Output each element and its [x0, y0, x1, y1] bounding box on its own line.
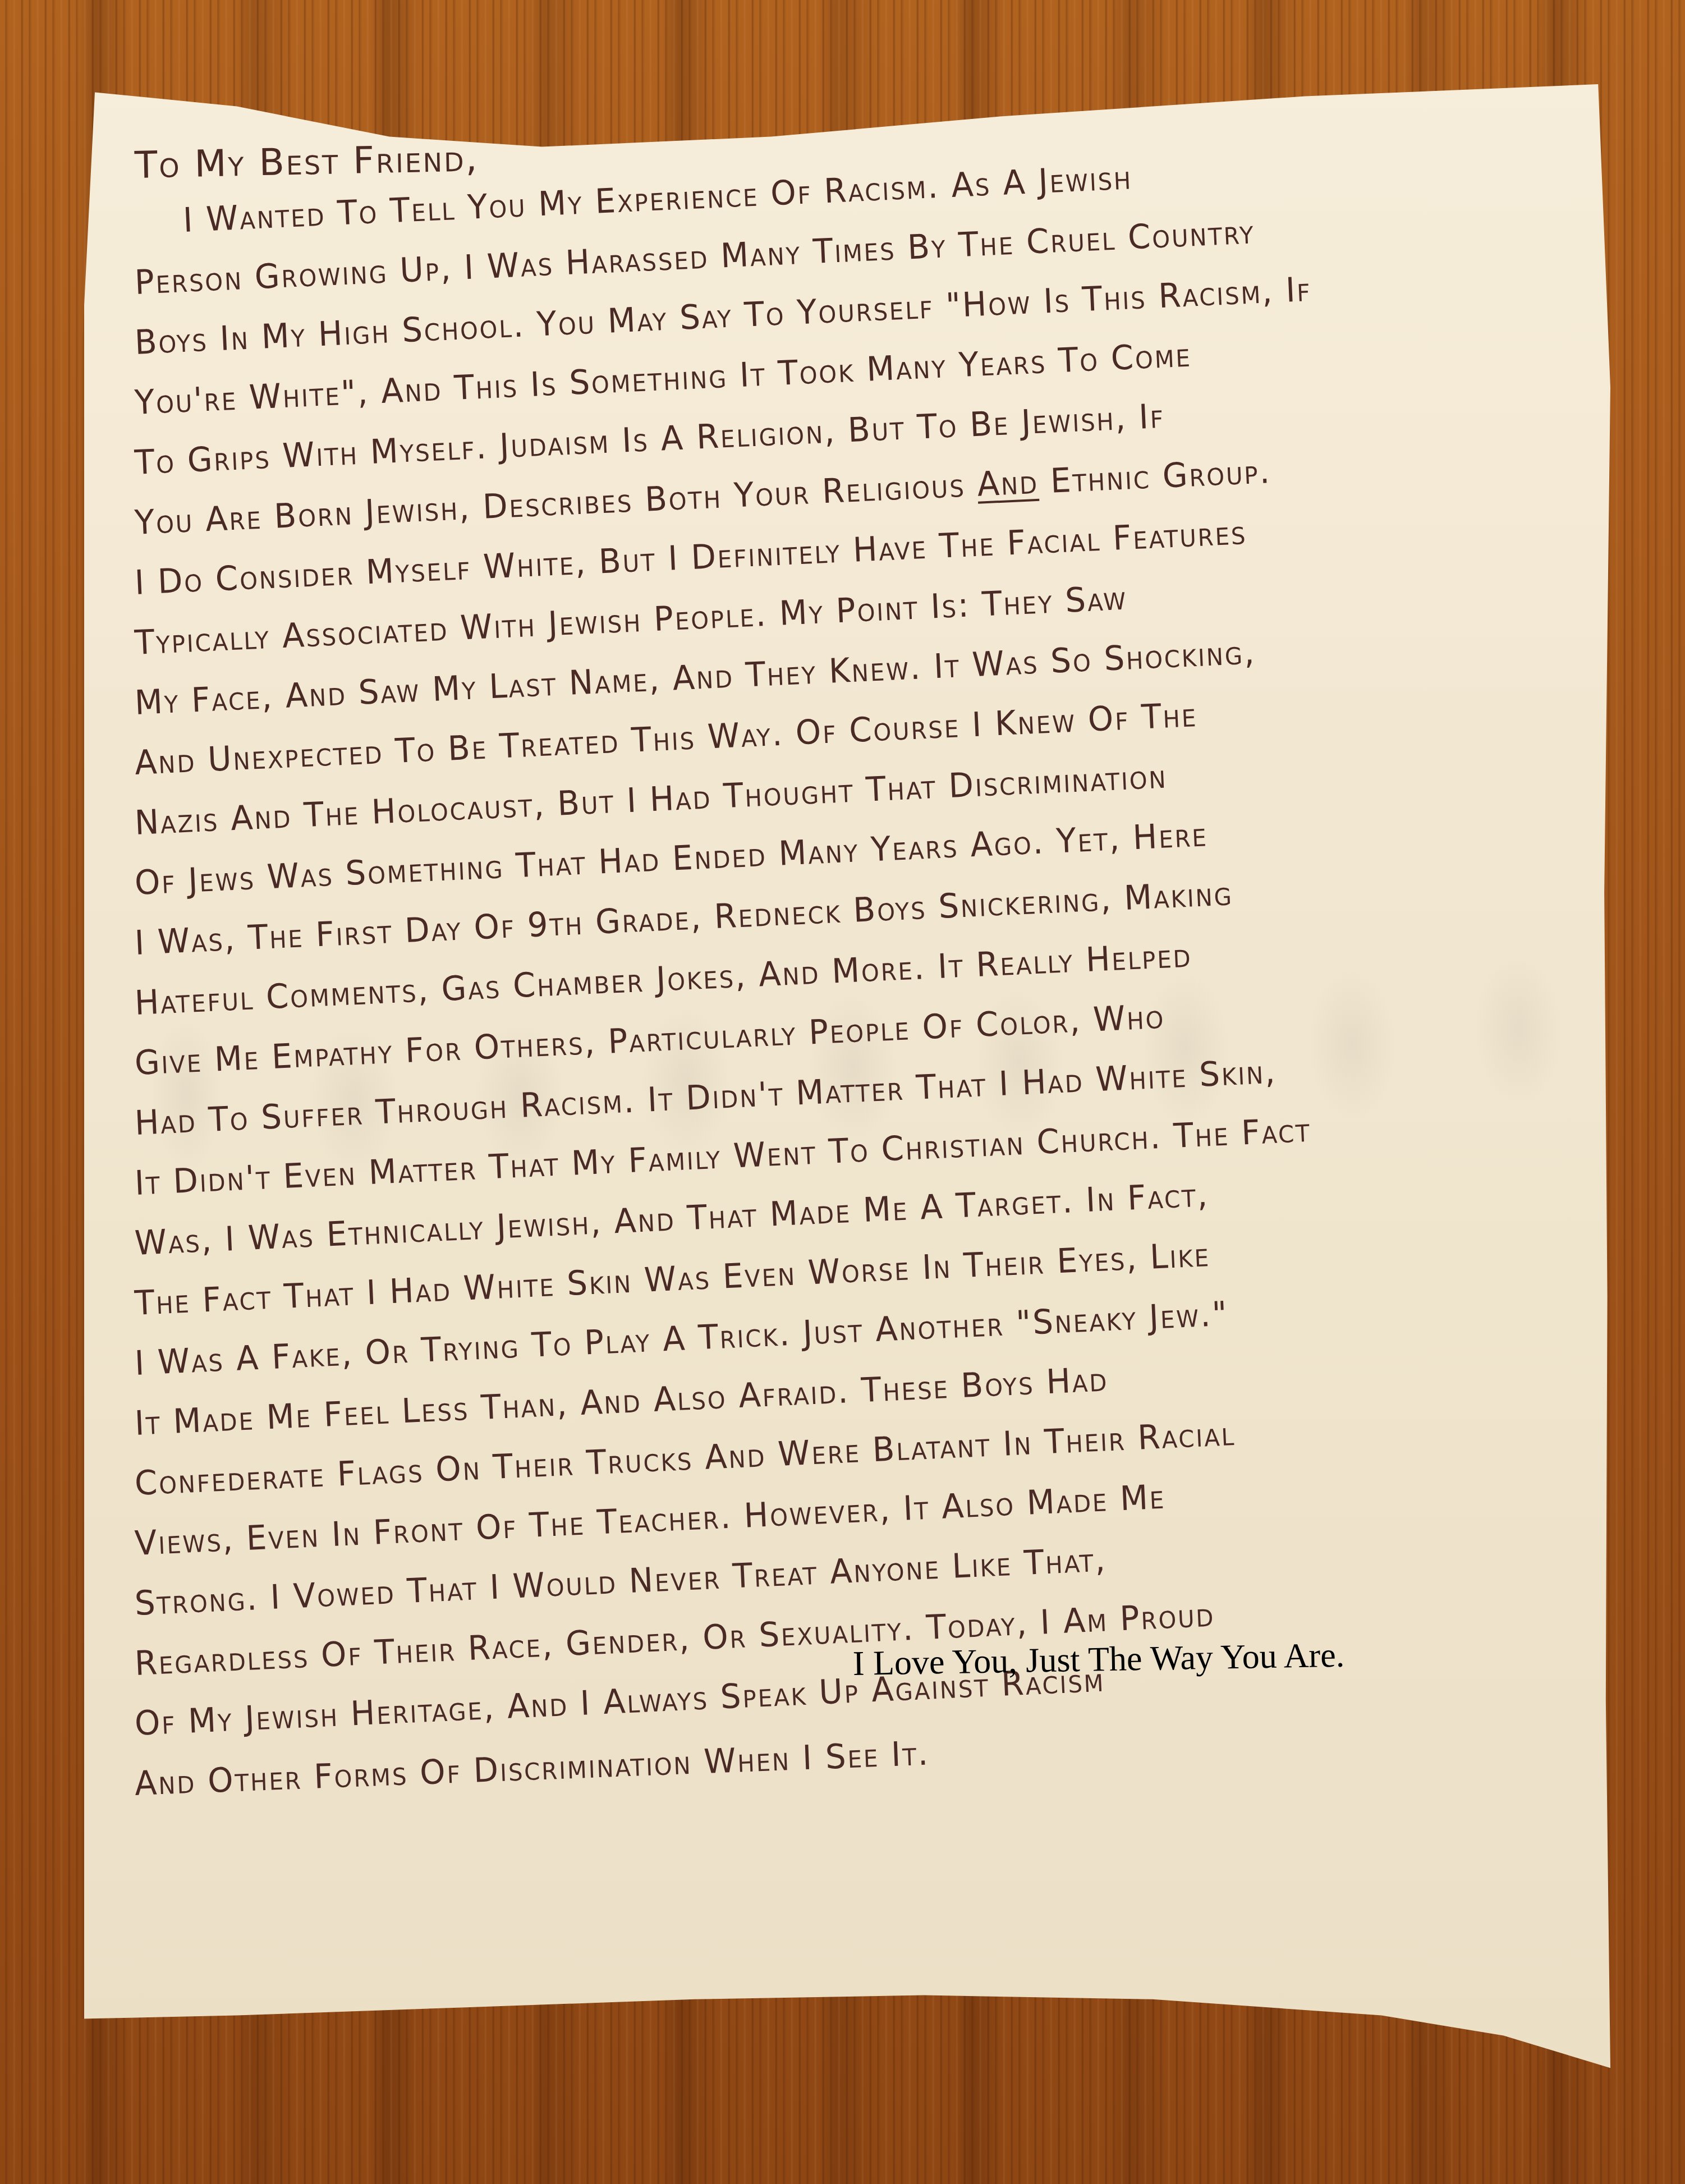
letter-paper: To My Best Friend, I Wanted To Tell You …: [84, 84, 1610, 2104]
wooden-desk-background: To My Best Friend, I Wanted To Tell You …: [0, 0, 1685, 2184]
letter-body: To My Best Friend, I Wanted To Tell You …: [135, 140, 1638, 1814]
underlined-word: And: [976, 462, 1039, 504]
closing-line: I Love You, Just The Way You Are.: [852, 1630, 1345, 1689]
letter-lines: I Wanted To Tell You My Experience Of Ra…: [135, 193, 1638, 1814]
